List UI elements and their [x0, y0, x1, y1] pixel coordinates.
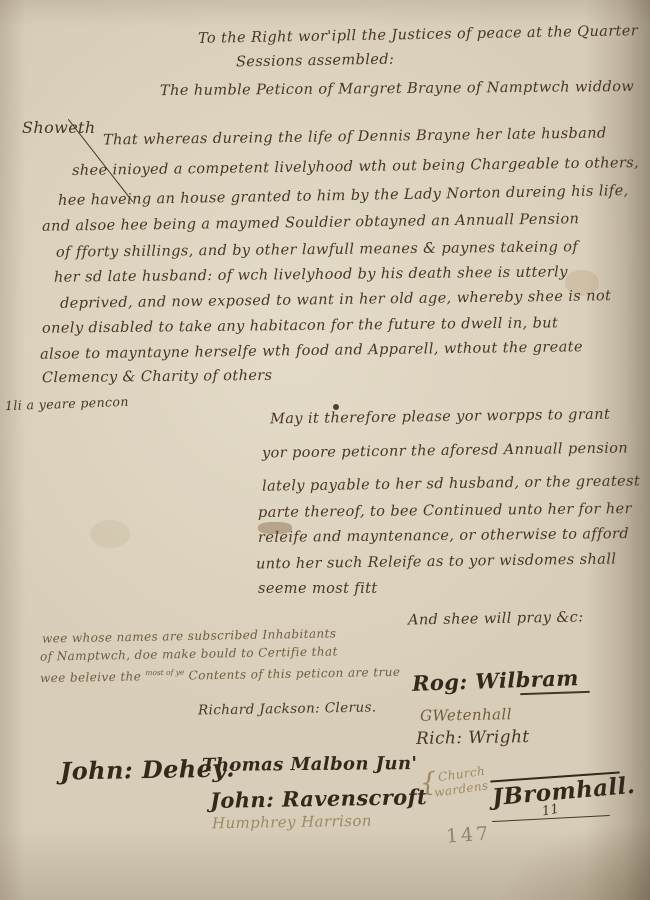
- mark-eleven: 11: [541, 803, 560, 819]
- manuscript-page: To the Right wor'ipll the Justices of pe…: [0, 0, 650, 900]
- showeth-label: Showeth: [22, 120, 96, 136]
- ink-blot: [333, 404, 339, 410]
- signature-humphrey-harrison: Humphrey Harrison: [212, 814, 372, 832]
- body-line: of fforty shillings, and by other lawful…: [56, 240, 578, 260]
- heading-line-3: The humble Peticon of Margret Brayne of …: [160, 80, 634, 99]
- body-line: onely disabled to take any habitacon for…: [42, 316, 558, 336]
- signature-rich-wright: Rich: Wright: [416, 729, 530, 748]
- signature-rog-wilbram: Rog: Wilbram: [412, 667, 579, 694]
- certification-insertion: most of ye: [145, 668, 184, 678]
- prayer-line: May it therefore please yor worpps to gr…: [270, 408, 610, 427]
- certification-line: wee whose names are subscribed Inhabitan…: [42, 627, 337, 644]
- signature-john-ravenscroft: John: Ravenscroft: [210, 786, 427, 811]
- margin-note: 1li a yeare pencon: [5, 396, 129, 413]
- page-number: 147: [445, 824, 491, 846]
- certification-line3-post: Contents of this peticon are true: [188, 665, 400, 683]
- prayer-line: lately payable to her sd husband, or the…: [262, 474, 640, 494]
- closing-line: And shee will pray &c:: [408, 610, 584, 628]
- certification-line3-pre: wee beleive the: [40, 669, 141, 685]
- body-line: That whereas dureing the life of Dennis …: [103, 126, 607, 148]
- body-line: her sd late husband: of wch livelyhood b…: [54, 265, 568, 285]
- body-line: alsoe to mayntayne herselfe wth food and…: [40, 340, 583, 362]
- body-line: Clemency & Charity of others: [42, 369, 273, 386]
- signature-thomas-malbon: Thomas Malbon Jun': [202, 755, 418, 775]
- prayer-line: unto her such Releife as to yor wisdomes…: [256, 552, 617, 572]
- clerk-signature: Richard Jackson: Clerus.: [198, 701, 377, 718]
- body-line: shee inioyed a competent livelyhood wth …: [72, 156, 639, 178]
- paper-stain-2: [90, 520, 130, 548]
- heading-line-1: To the Right wor'ipll the Justices of pe…: [198, 24, 638, 46]
- prayer-line: parte thereof, to bee Continued unto her…: [258, 502, 632, 520]
- body-line: deprived, and now exposed to want in her…: [60, 289, 611, 311]
- certification-line: wee beleive the most of ye Contents of t…: [40, 665, 400, 684]
- certification-line: of Namptwch, doe make bould to Certifie …: [40, 645, 338, 662]
- heading-line-2: Sessions assembled:: [236, 53, 395, 70]
- prayer-line: seeme most fitt: [258, 582, 378, 597]
- prayer-line: releife and mayntenance, or otherwise to…: [258, 527, 629, 545]
- body-line: hee haveing an house granted to him by t…: [58, 184, 629, 208]
- signature-wetenhall: GWetenhall: [420, 707, 512, 724]
- prayer-line: yor poore peticonr the aforesd Annuall p…: [262, 441, 628, 461]
- body-line: and alsoe hee being a maymed Souldier ob…: [42, 212, 580, 234]
